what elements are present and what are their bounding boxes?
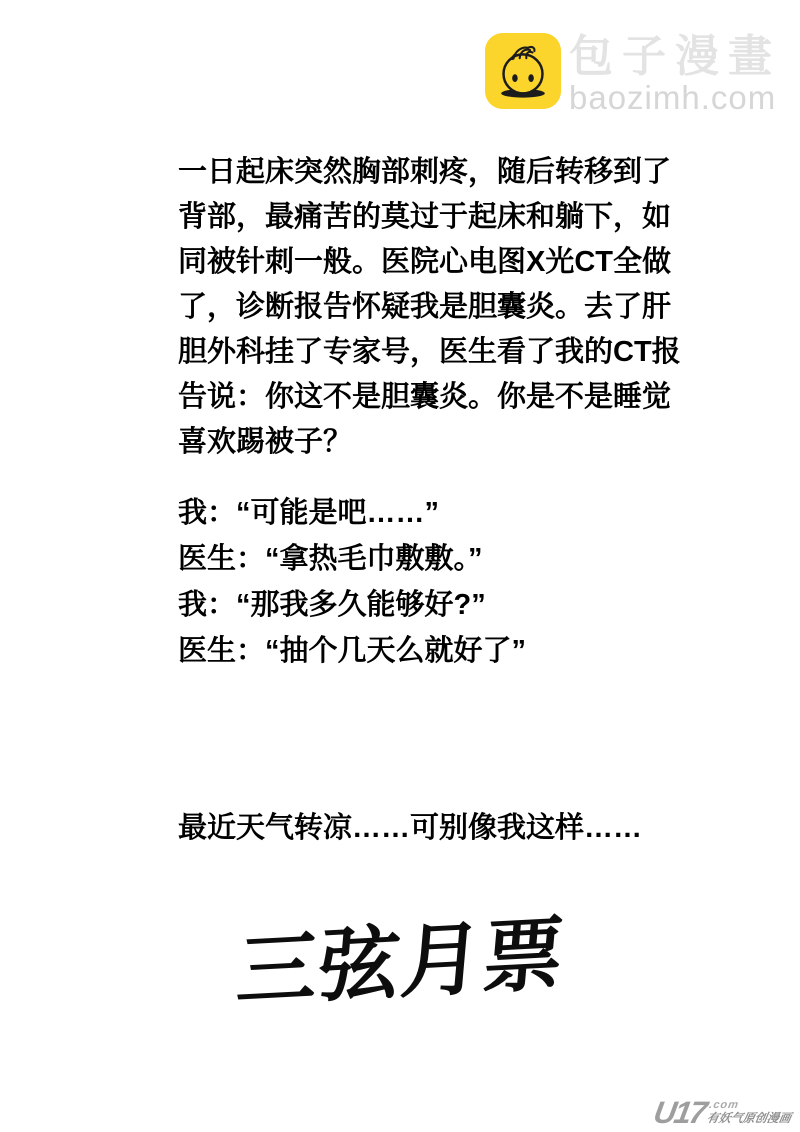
dialogue-line: 医生：“抽个几天么就好了”: [178, 628, 526, 674]
story-line: 了，诊断报告怀疑我是胆囊炎。去了肝: [178, 285, 681, 330]
dialogue-line: 医生：“拿热毛巾敷敷。”: [178, 536, 526, 582]
u17-tagline: 有妖气原创漫画: [706, 1111, 792, 1125]
dialogue-line: 我：“那我多久能够好?”: [178, 582, 526, 628]
story-line: 喜欢踢被子？: [178, 420, 681, 465]
u17-domain-suffix: .com: [708, 1100, 794, 1111]
site-domain: baozimh.com: [569, 81, 781, 115]
story-line: 背部，最痛苦的莫过于起床和躺下，如: [178, 195, 681, 240]
story-line: 一日起床突然胸部刺疼，随后转移到了: [178, 150, 681, 195]
story-line: 告说：你这不是胆囊炎。你是不是睡觉: [178, 375, 681, 420]
u17-watermark-text: .com 有妖气原创漫画: [706, 1100, 794, 1125]
story-line: 胆外科挂了专家号，医生看了我的CT报: [178, 330, 681, 375]
u17-logo: U17: [651, 1098, 707, 1128]
closing-line: 最近天气转凉……可别像我这样……: [178, 806, 642, 851]
dialogue-line: 我：“可能是吧……”: [178, 490, 526, 536]
site-watermark-text: 包子漫畫 baozimh.com: [569, 33, 781, 115]
site-name: 包子漫畫: [569, 33, 781, 81]
calligraphy-monthly-ticket: 三弦月票: [207, 888, 597, 1024]
baozi-bun-face-icon: [485, 33, 561, 109]
dialogue-block: 我：“可能是吧……” 医生：“拿热毛巾敷敷。” 我：“那我多久能够好?” 医生：…: [178, 490, 526, 674]
story-paragraph: 一日起床突然胸部刺疼，随后转移到了 背部，最痛苦的莫过于起床和躺下，如 同被针刺…: [178, 150, 681, 465]
story-line: 同被针刺一般。医院心电图X光CT全做: [178, 240, 681, 285]
u17-watermark: U17 .com 有妖气原创漫画: [651, 1098, 794, 1128]
closing-remark: 最近天气转凉……可别像我这样……: [178, 806, 642, 851]
site-watermark: 包子漫畫 baozimh.com: [485, 33, 781, 115]
